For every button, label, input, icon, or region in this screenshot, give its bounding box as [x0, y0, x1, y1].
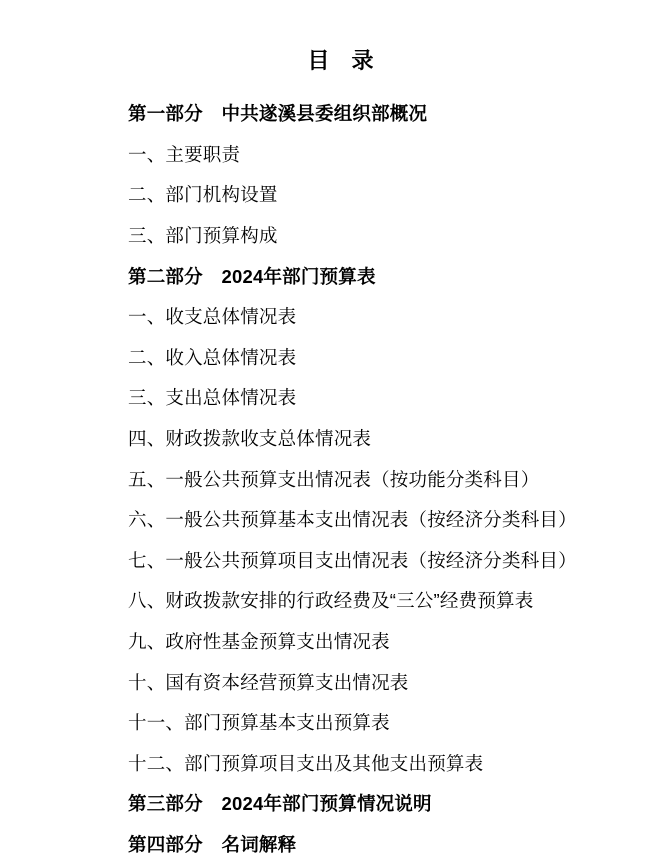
toc-section-heading: 第三部分 2024年部门预算情况说明 — [0, 783, 667, 824]
toc-section-heading: 第四部分 名词解释 — [0, 824, 667, 865]
toc-item: 十二、部门预算项目支出及其他支出预算表 — [0, 743, 667, 784]
toc-section-heading: 第二部分 2024年部门预算表 — [0, 255, 667, 296]
toc-item: 十、国有资本经营预算支出情况表 — [0, 661, 667, 702]
toc-item: 二、收入总体情况表 — [0, 337, 667, 378]
document-page: 目 录 第一部分 中共遂溪县委组织部概况 一、主要职责 二、部门机构设置 三、部… — [0, 0, 667, 868]
table-of-contents: 第一部分 中共遂溪县委组织部概况 一、主要职责 二、部门机构设置 三、部门预算构… — [0, 93, 667, 864]
toc-item: 七、一般公共预算项目支出情况表（按经济分类科目） — [0, 540, 667, 581]
toc-item: 九、政府性基金预算支出情况表 — [0, 621, 667, 662]
toc-item: 六、一般公共预算基本支出情况表（按经济分类科目） — [0, 499, 667, 540]
toc-item: 三、部门预算构成 — [0, 215, 667, 256]
toc-section-heading: 第一部分 中共遂溪县委组织部概况 — [0, 93, 667, 134]
toc-item: 二、部门机构设置 — [0, 174, 667, 215]
toc-item: 五、一般公共预算支出情况表（按功能分类科目） — [0, 458, 667, 499]
toc-item: 四、财政拨款收支总体情况表 — [0, 418, 667, 459]
toc-item: 三、支出总体情况表 — [0, 377, 667, 418]
toc-item: 十一、部门预算基本支出预算表 — [0, 702, 667, 743]
toc-item: 一、主要职责 — [0, 134, 667, 175]
toc-item: 八、财政拨款安排的行政经费及“三公”经费预算表 — [0, 580, 667, 621]
toc-item: 一、收支总体情况表 — [0, 296, 667, 337]
document-title: 目 录 — [0, 44, 667, 78]
